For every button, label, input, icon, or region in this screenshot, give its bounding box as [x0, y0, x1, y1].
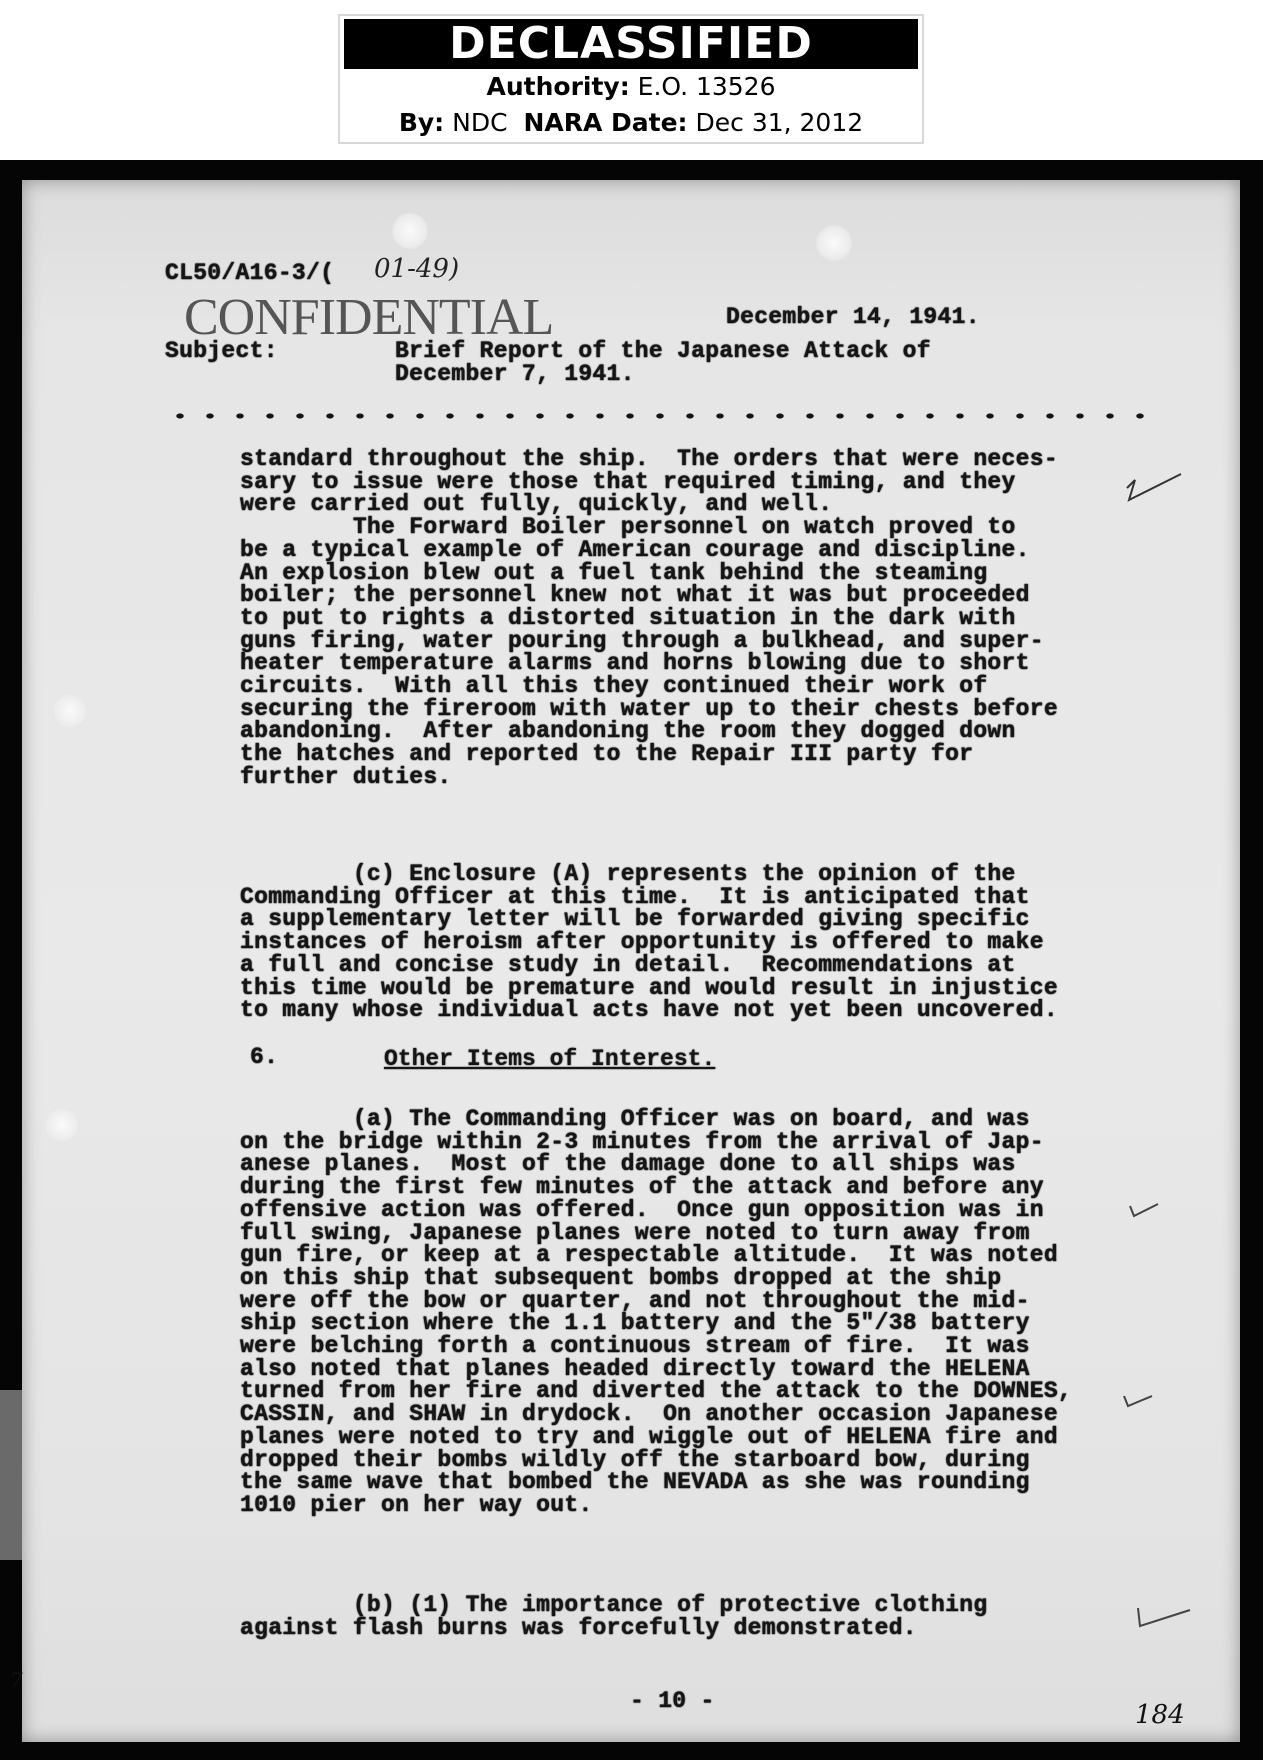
margin-check-mark-icon [1122, 1390, 1162, 1412]
by-value: NDC [444, 108, 523, 137]
subject-text: Brief Report of the Japanese Attack of D… [395, 340, 931, 385]
authority-value: E.O. 13526 [630, 72, 776, 101]
file-reference-code: CL50/A16-3/( [165, 262, 334, 285]
section-number: 6. [250, 1046, 278, 1069]
stamp-title: DECLASSIFIED [344, 19, 918, 69]
punch-hole [392, 213, 428, 249]
nara-date-label: NARA Date: [523, 108, 687, 137]
margin-check-mark-icon [1125, 470, 1185, 506]
margin-mark: 7 [10, 1668, 23, 1692]
section-title: Other Items of Interest. [384, 1046, 715, 1072]
margin-check-mark-icon [1136, 1602, 1192, 1630]
handwritten-reference: 01-49) [374, 254, 459, 284]
body-paragraph-protective-clothing: (b) (1) The importance of protective clo… [240, 1594, 987, 1639]
nara-date-value: Dec 31, 2012 [688, 108, 864, 137]
body-paragraph-enclosure-a: (c) Enclosure (A) represents the opinion… [240, 863, 1058, 1022]
subject-label: Subject: [165, 340, 278, 363]
page-number: - 10 - [630, 1690, 715, 1713]
dashed-divider [165, 412, 1155, 420]
punch-hole [816, 225, 852, 261]
body-paragraph-commanding-officer: (a) The Commanding Officer was on board,… [240, 1108, 1072, 1517]
authority-label: Authority: [487, 72, 630, 101]
document-date: December 14, 1941. [726, 306, 980, 329]
stamp-by-line: By: NDC NARA Date: Dec 31, 2012 [340, 105, 922, 141]
classification-stamp: CONFIDENTIAL [184, 292, 553, 344]
margin-check-mark-icon [1128, 1198, 1168, 1220]
punch-hole [44, 1107, 80, 1143]
body-paragraph-boiler-personnel: standard throughout the ship. The orders… [240, 448, 1058, 789]
stamp-authority-line: Authority: E.O. 13526 [340, 69, 922, 105]
punch-hole [52, 693, 88, 729]
by-label: By: [399, 108, 444, 137]
declassified-stamp: DECLASSIFIED Authority: E.O. 13526 By: N… [338, 14, 924, 144]
archive-page-number: 184 [1135, 1700, 1185, 1730]
